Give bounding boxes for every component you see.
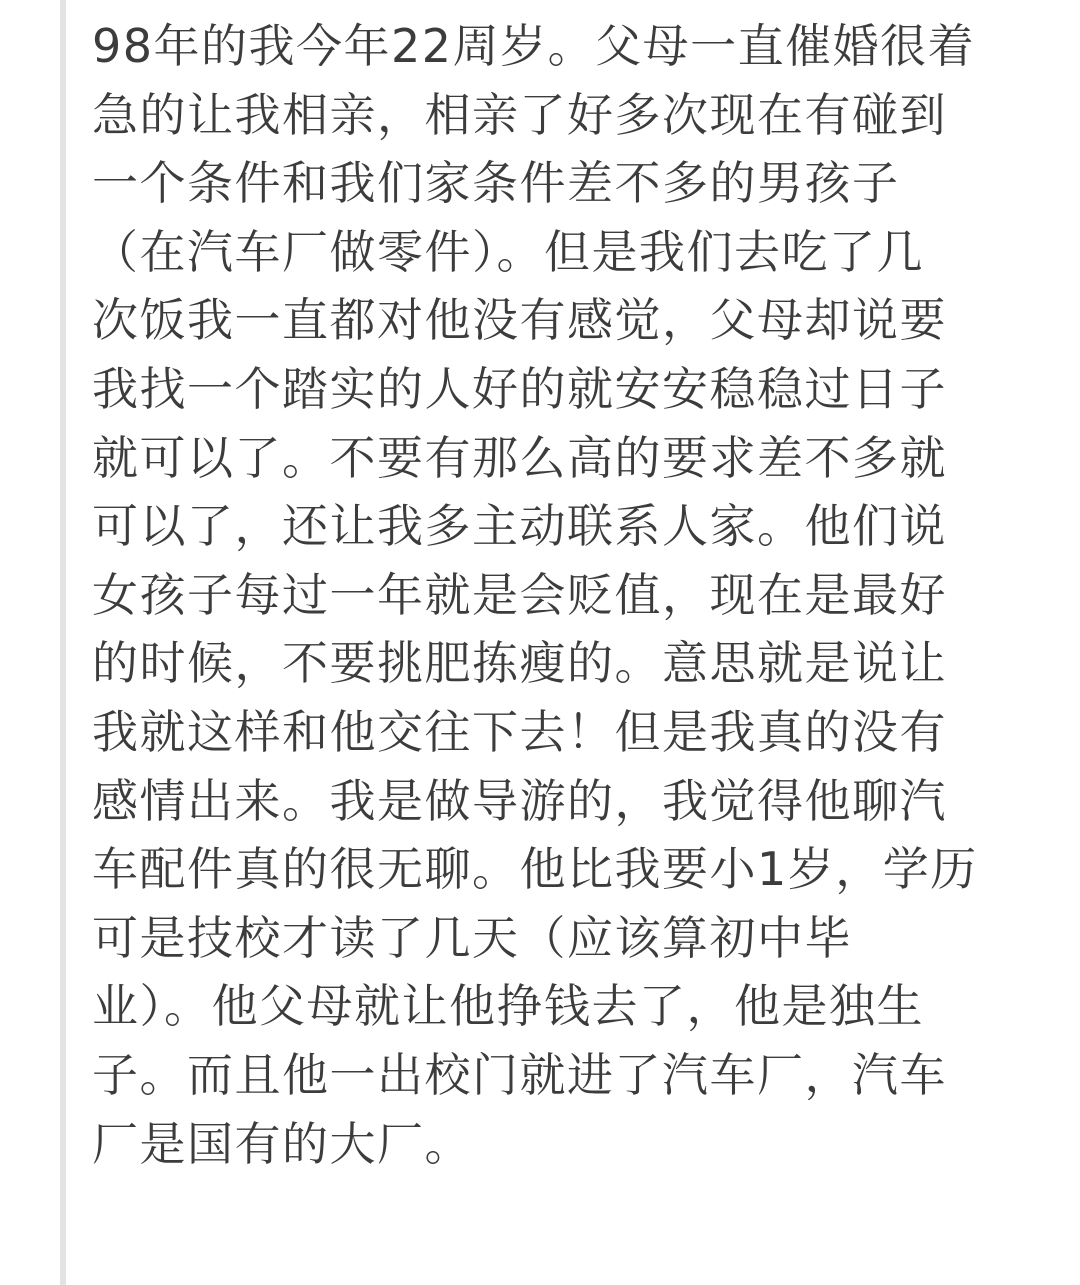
text-line: 我就这样和他交往下去！但是我真的没有 xyxy=(92,698,1032,767)
text-line: 车配件真的很无聊。他比我要小1岁，学历 xyxy=(92,835,1032,904)
text-line: 女孩子每过一年就是会贬值，现在是最好 xyxy=(92,561,1032,630)
text-line: 子。而且他一出校门就进了汽车厂，汽车 xyxy=(92,1041,1032,1110)
post-body: 98年的我今年22周岁。父母一直催婚很着 急的让我相亲，相亲了好多次现在有碰到 … xyxy=(92,12,1032,1178)
quote-bar xyxy=(60,0,66,1285)
text-line: （在汽车厂做零件）。但是我们去吃了几 xyxy=(92,218,1032,287)
text-line: 我找一个踏实的人好的就安安稳稳过日子 xyxy=(92,355,1032,424)
text-line: 急的让我相亲，相亲了好多次现在有碰到 xyxy=(92,81,1032,150)
text-line: 感情出来。我是做导游的，我觉得他聊汽 xyxy=(92,767,1032,836)
text-line: 就可以了。不要有那么高的要求差不多就 xyxy=(92,424,1032,493)
text-line: 可是技校才读了几天（应该算初中毕 xyxy=(92,904,1032,973)
text-line: 一个条件和我们家条件差不多的男孩子 xyxy=(92,149,1032,218)
text-line: 次饭我一直都对他没有感觉，父母却说要 xyxy=(92,286,1032,355)
text-line: 业）。他父母就让他挣钱去了，他是独生 xyxy=(92,972,1032,1041)
text-line: 可以了，还让我多主动联系人家。他们说 xyxy=(92,492,1032,561)
text-line: 的时候，不要挑肥拣瘦的。意思就是说让 xyxy=(92,629,1032,698)
text-line: 厂是国有的大厂。 xyxy=(92,1110,1032,1179)
text-line: 98年的我今年22周岁。父母一直催婚很着 xyxy=(92,12,1032,81)
